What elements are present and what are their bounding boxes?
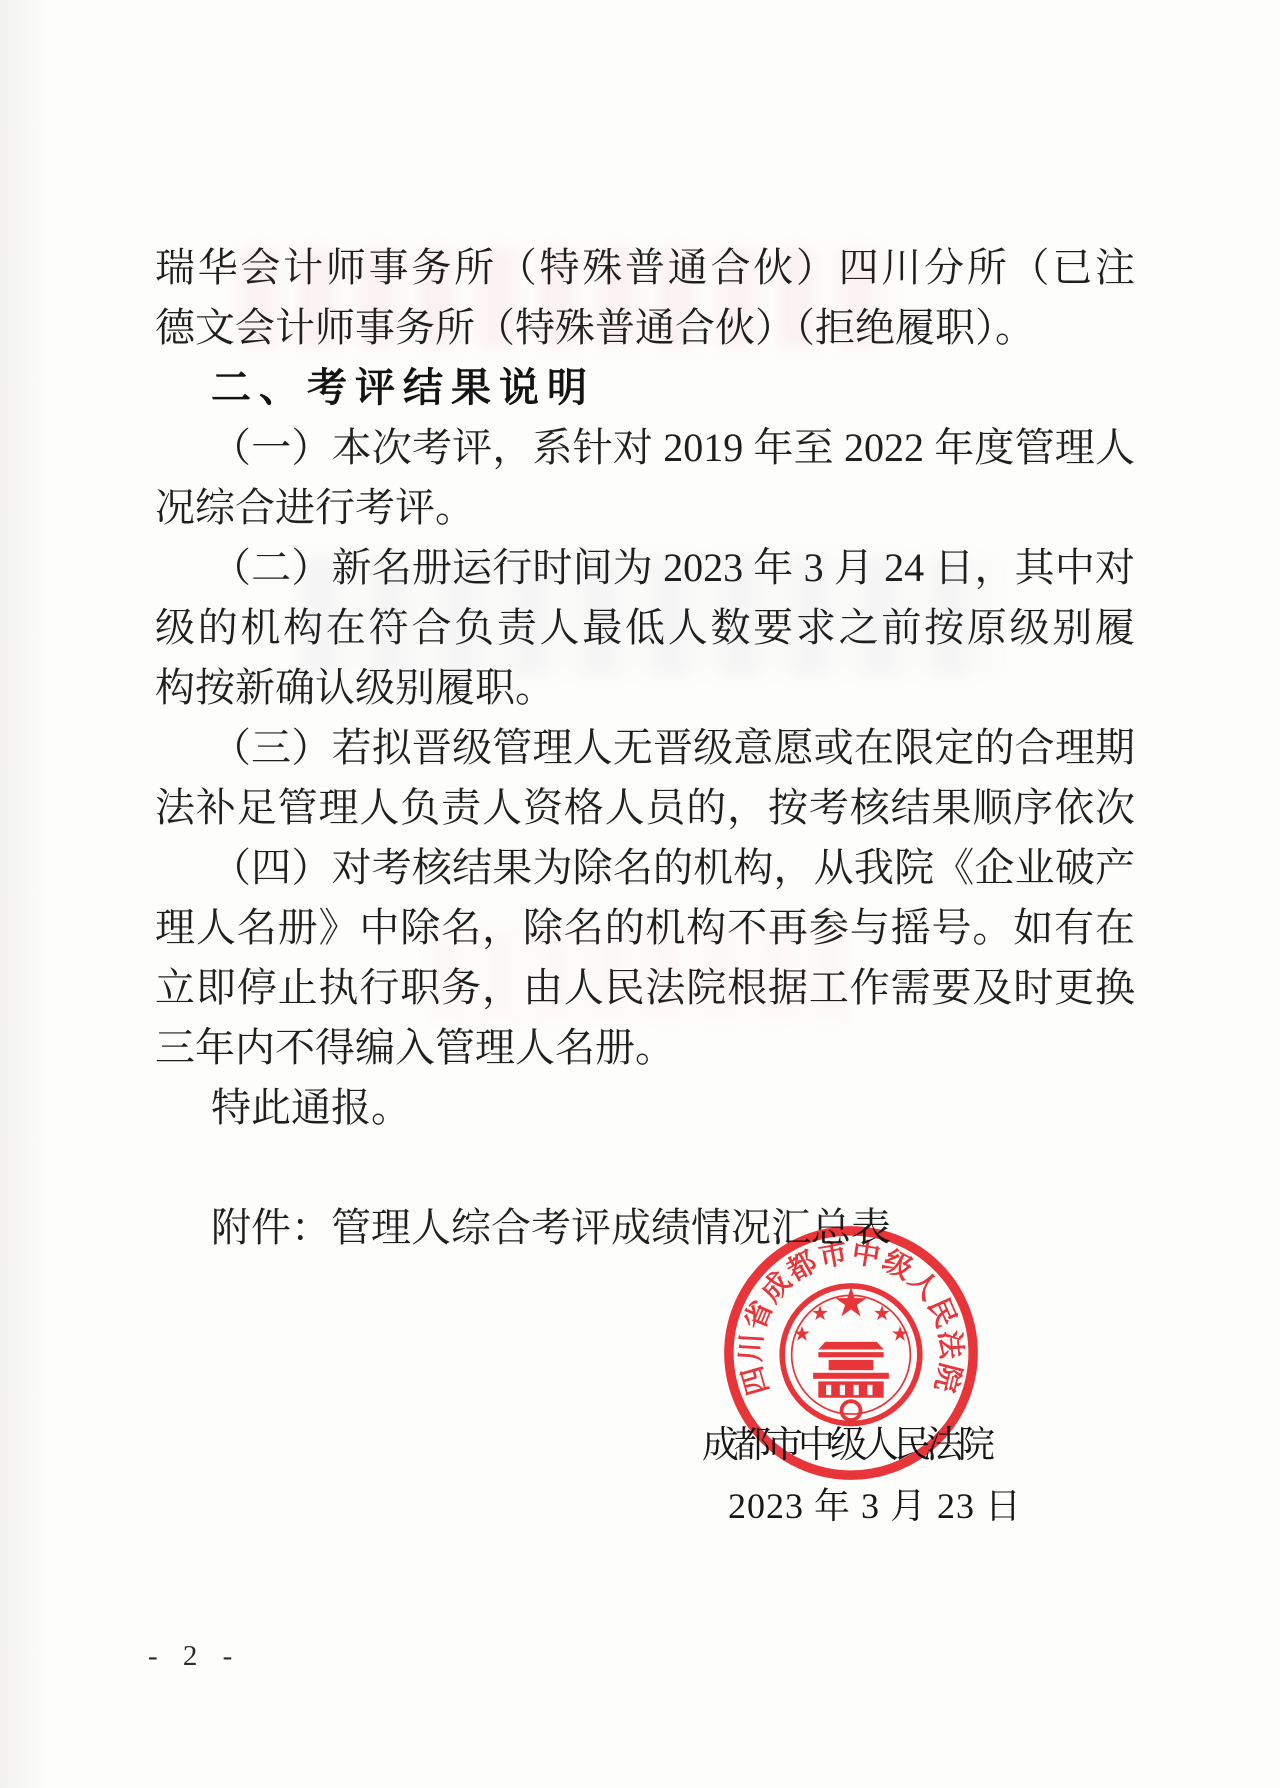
document-page: 瑞华会计师事务所（特殊普通合伙）四川分所（已注销）、四川 德文会计师事务所（特殊… bbox=[0, 0, 1280, 1788]
document-body: 瑞华会计师事务所（特殊普通合伙）四川分所（已注销）、四川 德文会计师事务所（特殊… bbox=[155, 238, 1135, 1258]
page-number: - 2 - bbox=[148, 1640, 241, 1673]
national-emblem-icon bbox=[782, 1286, 920, 1424]
document-date: 2023 年 3 月 23 日 bbox=[728, 1478, 1022, 1529]
court-name: 成都市中级人民法院 bbox=[702, 1414, 990, 1468]
body-line: 瑞华会计师事务所（特殊普通合伙）四川分所（已注销）、四川 bbox=[155, 238, 1135, 298]
body-line: 法补足管理人负责人资格人员的，按考核结果顺序依次补增。 bbox=[155, 778, 1135, 838]
body-line: 立即停止执行职务，由人民法院根据工作需要及时更换管理人， bbox=[155, 958, 1135, 1018]
blank-line bbox=[155, 1138, 1135, 1198]
body-line: 理人名册》中除名，除名的机构不再参与摇号。如有在审案件， bbox=[155, 898, 1135, 958]
body-line: 三年内不得编入管理人名册。 bbox=[155, 1018, 1135, 1078]
body-line: （二）新名册运行时间为 2023 年 3 月 24 日，其中对于拟晋 bbox=[155, 538, 1135, 598]
body-line: （一）本次考评，系针对 2019 年至 2022 年度管理人履职情 bbox=[155, 418, 1135, 478]
body-line: 级的机构在符合负责人最低人数要求之前按原级别履职；降级机 bbox=[155, 598, 1135, 658]
section-heading: 二、考评结果说明 bbox=[155, 358, 1135, 418]
attachment-line: 附件：管理人综合考评成绩情况汇总表 bbox=[155, 1198, 1135, 1258]
body-line: 构按新确认级别履职。 bbox=[155, 658, 1135, 718]
body-line: （四）对考核结果为除名的机构，从我院《企业破产案件管 bbox=[155, 838, 1135, 898]
body-line: 况综合进行考评。 bbox=[155, 478, 1135, 538]
body-line: （三）若拟晋级管理人无晋级意愿或在限定的合理期限内无 bbox=[155, 718, 1135, 778]
closing-line: 特此通报。 bbox=[155, 1078, 1135, 1138]
body-line: 德文会计师事务所（特殊普通合伙）（拒绝履职）。 bbox=[155, 298, 1135, 358]
